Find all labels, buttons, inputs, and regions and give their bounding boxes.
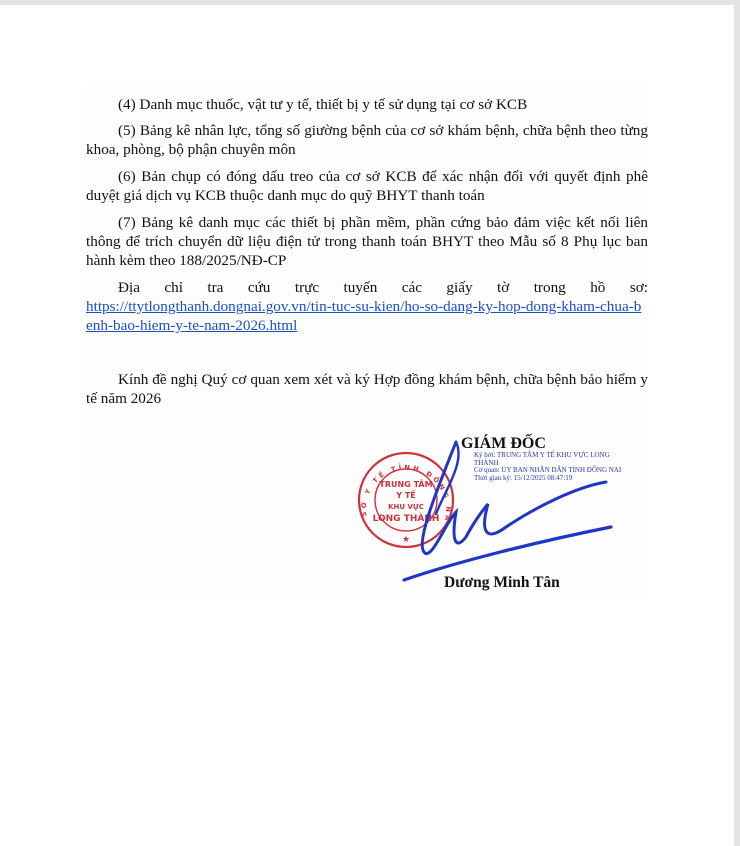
item-5: (5) Bảng kê nhân lực, tổng số giường bện… (86, 121, 648, 159)
signing-time: Thời gian ký: 15/12/2025 08:47:19 (474, 475, 624, 483)
digital-signature-info: Ký bởi: TRUNG TÂM Y TẾ KHU VỰC LONG THÀN… (474, 452, 624, 482)
item-6: (6) Bản chụp có đóng dấu treo của cơ sở … (86, 167, 648, 205)
closing-paragraph: Kính đề nghị Quý cơ quan xem xét và ký H… (86, 370, 648, 408)
signer-name: Dương Minh Tân (444, 573, 560, 592)
lookup-paragraph: Địa chỉ tra cứu trực tuyến các giấy tờ t… (86, 278, 648, 335)
item-4: (4) Danh mục thuốc, vật tư y tế, thiết b… (86, 95, 648, 114)
signed-by: Ký bởi: TRUNG TÂM Y TẾ KHU VỰC LONG THÀN… (474, 452, 624, 467)
item-7: (7) Bảng kê danh mục các thiết bị phần m… (86, 213, 648, 270)
document-page: (4) Danh mục thuốc, vật tư y tế, thiết b… (0, 5, 734, 846)
document-body: (4) Danh mục thuốc, vật tư y tế, thiết b… (86, 87, 648, 600)
lookup-label: Địa chỉ tra cứu trực tuyến các giấy tờ t… (86, 278, 648, 297)
lookup-link[interactable]: https://ttytlongthanh.dongnai.gov.vn/tin… (86, 298, 641, 334)
